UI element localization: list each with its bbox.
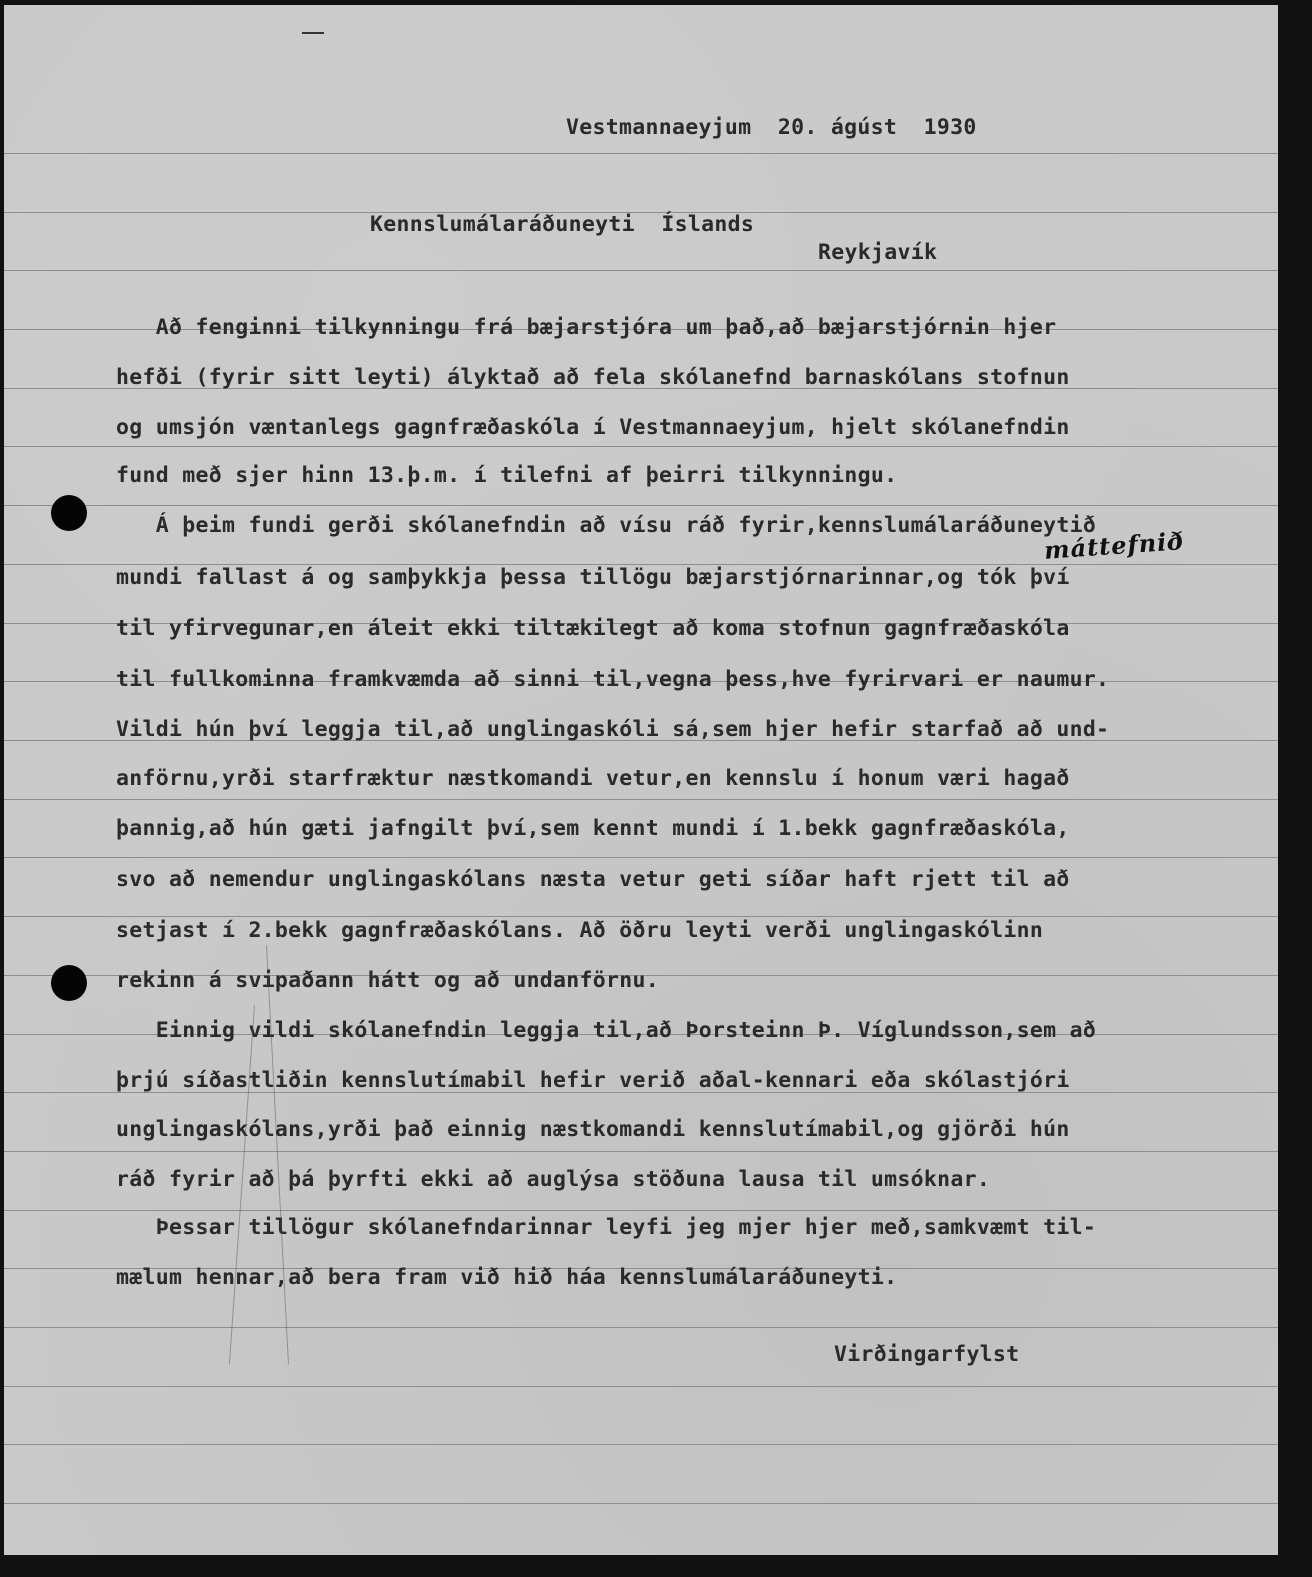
ruled-line <box>4 799 1278 800</box>
body-line: unglingaskólans,yrði það einnig næstkoma… <box>116 1117 1070 1142</box>
body-line: Að fenginni tilkynningu frá bæjarstjóra … <box>116 315 1056 340</box>
ruled-line <box>4 1503 1278 1504</box>
body-line: Vildi hún því leggja til,að unglingaskól… <box>116 717 1109 742</box>
ruled-line <box>4 857 1278 858</box>
ruled-line <box>4 153 1278 154</box>
body-line: setjast í 2.bekk gagnfræðaskólans. Að öð… <box>116 918 1043 943</box>
body-line: rekinn á svipaðann hátt og að undanförnu… <box>116 968 659 993</box>
punch-hole <box>51 965 87 1001</box>
dateline: Vestmannaeyjum 20. ágúst 1930 <box>566 115 977 140</box>
body-line: til yfirvegunar,en áleit ekki tiltækileg… <box>116 616 1070 641</box>
ruled-line <box>4 505 1278 506</box>
body-line: anförnu,yrði starfræktur næstkomandi vet… <box>116 766 1070 791</box>
ruled-line <box>4 446 1278 447</box>
scanned-letter-page: Vestmannaeyjum 20. ágúst 1930 Kennslumál… <box>4 5 1278 1555</box>
body-line: Þessar tillögur skólanefndarinnar leyfi … <box>116 1215 1096 1240</box>
ruled-line <box>4 270 1278 271</box>
body-line: hefði (fyrir sitt leyti) ályktað að fela… <box>116 365 1070 390</box>
recipient: Kennslumálaráðuneyti Íslands <box>370 212 754 237</box>
ruled-line <box>4 1327 1278 1328</box>
ruled-line <box>4 1151 1278 1152</box>
ruled-line <box>4 1386 1278 1387</box>
body-line: ráð fyrir að þá þyrfti ekki að auglýsa s… <box>116 1167 990 1192</box>
body-line: Einnig vildi skólanefndin leggja til,að … <box>116 1018 1096 1043</box>
closing: Virðingarfylst <box>834 1342 1019 1367</box>
body-line: þannig,að hún gæti jafngilt því,sem kenn… <box>116 816 1070 841</box>
body-line: fund með sjer hinn 13.þ.m. í tilefni af … <box>116 463 897 488</box>
ruled-line <box>4 1210 1278 1211</box>
body-line: mælum hennar,að bera fram við hið háa ke… <box>116 1265 897 1290</box>
ruled-line <box>4 1444 1278 1445</box>
punch-hole <box>51 495 87 531</box>
pencil-mark <box>302 32 324 34</box>
body-line: mundi fallast á og samþykkja þessa tillö… <box>116 565 1070 590</box>
body-line: til fullkominna framkvæmda að sinni til,… <box>116 667 1109 692</box>
body-line: svo að nemendur unglingaskólans næsta ve… <box>116 867 1070 892</box>
ruled-line <box>4 916 1278 917</box>
recipient-city: Reykjavík <box>818 240 937 265</box>
body-line: þrjú síðastliðin kennslutímabil hefir ve… <box>116 1068 1070 1093</box>
body-line: Á þeim fundi gerði skólanefndin að vísu … <box>116 513 1096 538</box>
fold-crease <box>266 945 289 1364</box>
body-line: og umsjón væntanlegs gagnfræðaskóla í Ve… <box>116 415 1070 440</box>
